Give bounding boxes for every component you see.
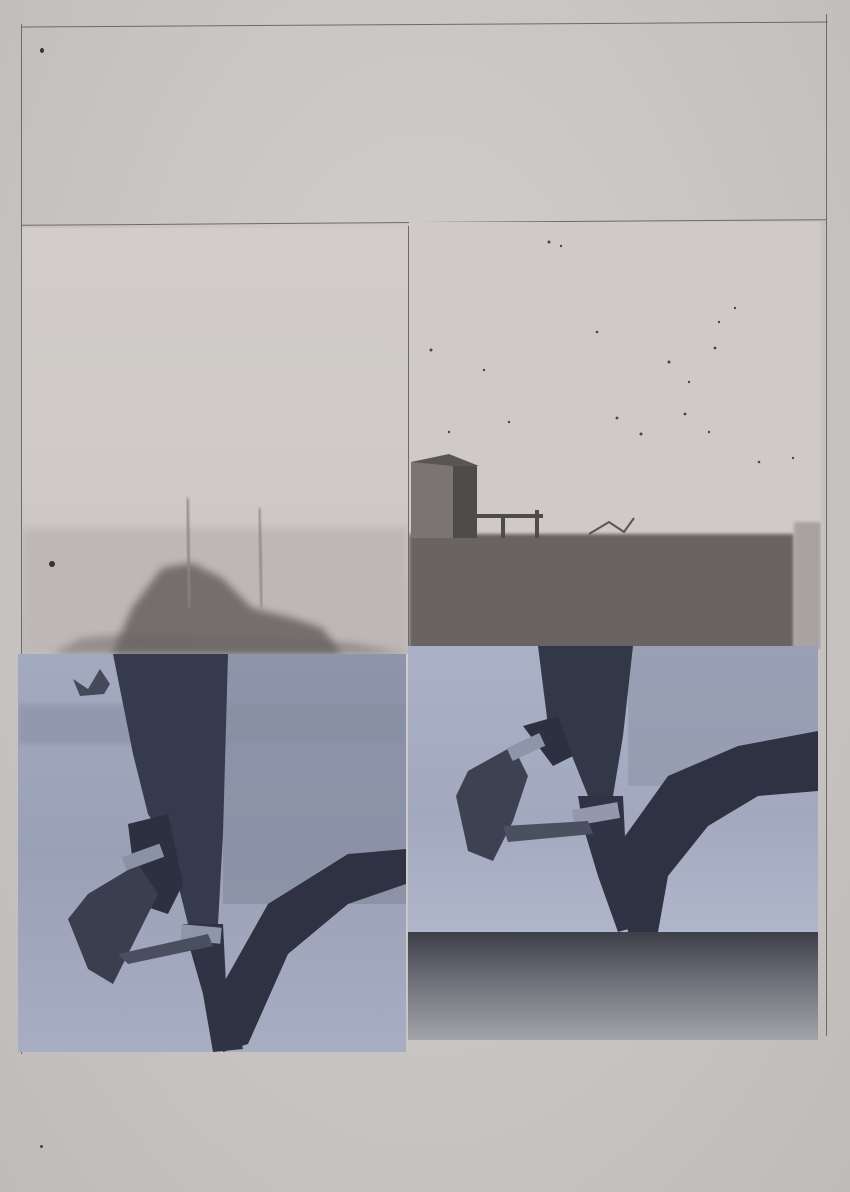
artwork-sheet — [0, 0, 850, 1192]
right-border-line — [826, 14, 827, 1036]
panel-hut-landscape — [409, 222, 821, 650]
panel-walking-legs-left — [18, 654, 406, 1052]
boots-photo-right — [408, 646, 818, 932]
panel-harbor — [22, 228, 408, 654]
graphite-ground-strip — [408, 932, 818, 1040]
legs-photo-left — [18, 654, 406, 1052]
panel-walking-boots-right — [408, 646, 818, 932]
paper-speck — [40, 48, 44, 53]
sky-speckles — [430, 241, 795, 464]
hut-drawing — [409, 222, 821, 650]
top-border-line — [22, 22, 828, 28]
paper-speck — [40, 1145, 43, 1148]
harbor-drawing — [22, 228, 408, 654]
